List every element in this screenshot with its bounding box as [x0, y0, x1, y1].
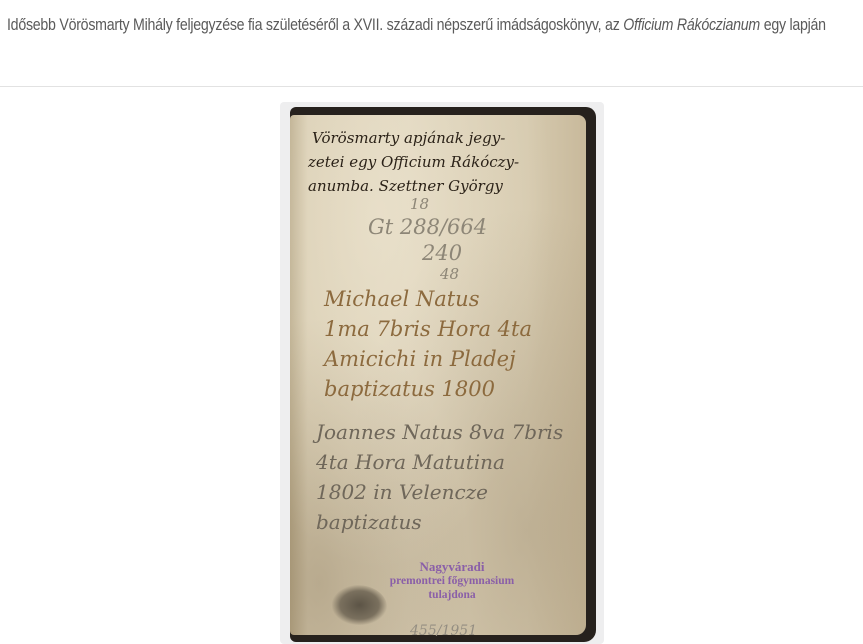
header-line-3: anumba. Szettner György: [308, 177, 503, 195]
entry1-line-2: 1ma 7bris Hora 4ta: [324, 317, 532, 341]
library-stamp: Nagyváradi premontrei főgymnasium tulajd…: [352, 560, 552, 602]
caption-text: Idősebb Vörösmarty Mihály feljegyzése fi…: [7, 16, 623, 34]
stamp-line-3: tulajdona: [352, 588, 552, 602]
stamp-line-2: premontrei főgymnasium: [352, 574, 552, 588]
entry2-line-3: 1802 in Velencze: [316, 480, 488, 504]
figure-image[interactable]: Vörösmarty apjának jegy- zetei egy Offic…: [280, 102, 604, 644]
entry2-line-4: baptizatus: [316, 510, 422, 534]
entry2-line-2: 4ta Hora Matutina: [316, 450, 505, 474]
entry1-line-1: Michael Natus: [324, 287, 479, 311]
stamp-line-1: Nagyváradi: [352, 560, 552, 574]
caption-text-end: egy lapján: [760, 16, 826, 34]
divider: [0, 86, 863, 87]
book-cover: Vörösmarty apjának jegy- zetei egy Offic…: [290, 107, 596, 642]
shelfmark: Gt 288/664: [368, 215, 487, 239]
pencil-number-mid: 48: [440, 265, 459, 283]
entry2-line-1: Joannes Natus 8va 7bris: [316, 420, 563, 444]
header-line-2: zetei egy Officium Rákóczy-: [308, 153, 519, 171]
figure-caption: Idősebb Vörösmarty Mihály feljegyzése fi…: [7, 14, 858, 37]
shelfmark-sub: 240: [422, 241, 462, 265]
header-line-1: Vörösmarty apjának jegy-: [312, 129, 505, 147]
caption-book-title: Officium Rákóczianum: [623, 16, 760, 34]
entry1-line-3: Amicichi in Pladej: [324, 347, 516, 371]
book-page: Vörösmarty apjának jegy- zetei egy Offic…: [290, 115, 586, 635]
pencil-number-top: 18: [410, 195, 429, 213]
inventory-number: 455/1951: [410, 623, 477, 639]
entry1-line-4: baptizatus 1800: [324, 377, 495, 401]
